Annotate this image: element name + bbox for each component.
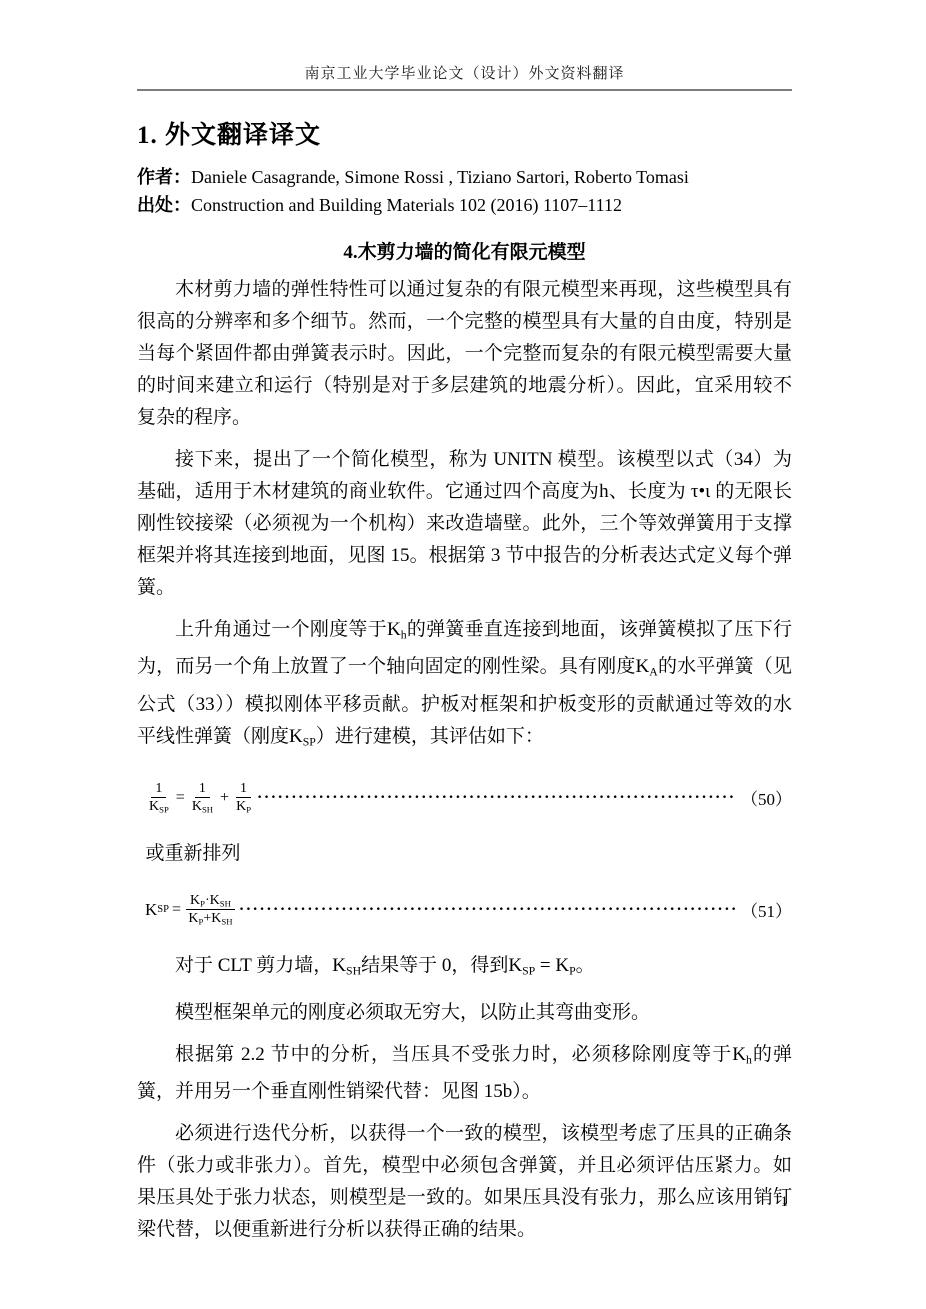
equation-number: （51） (741, 897, 792, 922)
header-rule (137, 89, 792, 91)
text-run: +K (203, 911, 221, 926)
fraction-numerator: 1 (236, 780, 251, 799)
source-line: 出处：Construction and Building Materials 1… (137, 191, 792, 219)
text-run: 必须进行迭代分析，以获得一个一致的模型，该模型考虑了压具的正确条件（张力或非张力… (137, 1123, 792, 1240)
fraction: KP·KSHKP+KSH (186, 892, 235, 928)
text-run: 1 (199, 781, 206, 796)
subscript: SH (220, 898, 231, 908)
page-header: 南京工业大学毕业论文（设计）外文资料翻译 (137, 0, 792, 91)
document-title: 1. 外文翻译译文 (137, 115, 792, 151)
paragraph: 对于 CLT 剪力墙，KSH结果等于 0，得到KSP = KP。 (137, 950, 792, 987)
text-run: 上升角通过一个刚度等于K (175, 619, 401, 640)
fraction: 1KP (234, 780, 253, 816)
page-number: 1 (781, 1194, 789, 1210)
subscript: SH (346, 964, 361, 977)
text-run: 对于 CLT 剪力墙，K (175, 955, 346, 976)
paragraph: 木材剪力墙的弹性特性可以通过复杂的有限元模型来再现，这些模型具有很高的分辨率和多… (137, 274, 792, 434)
text-run: 接下来，提出了一个简化模型，称为 UNITN 模型。该模型以式（34）为基础，适… (137, 449, 792, 598)
text-run: K (190, 893, 200, 908)
subscript: SP (159, 805, 169, 815)
text-run: = (169, 901, 184, 919)
source-value: Construction and Building Materials 102 … (191, 195, 622, 215)
subscript: SH (202, 805, 213, 815)
author-value: Daniele Casagrande, Simone Rossi , Tizia… (191, 167, 689, 187)
subscript: SP (157, 904, 169, 915)
page-footer: 1 (781, 1194, 789, 1211)
author-label: 作者： (137, 167, 191, 187)
equation-number: （50） (741, 785, 792, 810)
equation: 1KSP=1KSH+1KP···························… (137, 772, 792, 824)
fraction-denominator: KSP (147, 798, 171, 816)
fraction-denominator: KP+KSH (186, 910, 234, 928)
fraction-numerator: 1 (195, 780, 210, 799)
text-run: 木材剪力墙的弹性特性可以通过复杂的有限元模型来再现，这些模型具有很高的分辨率和多… (137, 279, 792, 428)
fraction-numerator: KP·KSH (186, 892, 235, 911)
fraction: 1KSH (190, 780, 215, 816)
subscript: P (246, 805, 251, 815)
document-page: 南京工业大学毕业论文（设计）外文资料翻译 1. 外文翻译译文 作者：Daniel… (0, 0, 926, 1309)
text-run: 1 (155, 781, 162, 796)
text-run: 模型框架单元的刚度必须取无穷大，以防止其弯曲变形。 (175, 1002, 650, 1023)
subscript: A (649, 666, 658, 679)
text-run: = K (535, 955, 569, 976)
equation: KSP=KP·KSHKP+KSH························… (137, 884, 792, 936)
fraction-denominator: KP (234, 798, 253, 816)
paragraph: 接下来，提出了一个简化模型，称为 UNITN 模型。该模型以式（34）为基础，适… (137, 444, 792, 604)
subscript: SP (522, 964, 535, 977)
text-run: K (236, 799, 246, 814)
dot-leader: ········································… (257, 789, 736, 807)
header-title: 南京工业大学毕业论文（设计）外文资料翻译 (137, 0, 792, 83)
section-title: 4.木剪力墙的简化有限元模型 (137, 237, 792, 264)
source-label: 出处： (137, 195, 191, 215)
paragraph: 必须进行迭代分析，以获得一个一致的模型，该模型考虑了压具的正确条件（张力或非张力… (137, 1118, 792, 1246)
author-line: 作者：Daniele Casagrande, Simone Rossi , Ti… (137, 163, 792, 191)
paragraph: 或重新排列 (137, 838, 792, 870)
fraction-numerator: 1 (151, 780, 166, 799)
fraction: 1KSP (147, 780, 171, 816)
text-run: ·K (205, 893, 220, 908)
subscript: SH (221, 917, 232, 927)
text-run: 或重新排列 (146, 843, 241, 864)
text-run: + (217, 789, 232, 807)
text-run: = (173, 789, 188, 807)
text-run: 。 (576, 955, 595, 976)
paragraph: 模型框架单元的刚度必须取无穷大，以防止其弯曲变形。 (137, 997, 792, 1029)
text-run: 根据第 2.2 节中的分析，当压具不受张力时，必须移除刚度等于K (175, 1044, 746, 1065)
text-run: ）进行建模，其评估如下： (316, 726, 544, 747)
text-run: K (192, 799, 202, 814)
document-body: 木材剪力墙的弹性特性可以通过复杂的有限元模型来再现，这些模型具有很高的分辨率和多… (137, 274, 792, 1246)
subscript: SP (303, 735, 316, 748)
paragraph: 根据第 2.2 节中的分析，当压具不受张力时，必须移除刚度等于Kh的弹簧，并用另… (137, 1039, 792, 1108)
text-run: K (188, 911, 198, 926)
text-run: K (149, 799, 159, 814)
fraction-denominator: KSH (190, 798, 215, 816)
text-run: K (145, 900, 157, 920)
text-run: 1 (240, 781, 247, 796)
paragraph: 上升角通过一个刚度等于Kh的弹簧垂直连接到地面，该弹簧模拟了压下行为，而另一个角… (137, 614, 792, 758)
text-run: 结果等于 0，得到K (361, 955, 522, 976)
dot-leader: ········································… (239, 901, 736, 919)
